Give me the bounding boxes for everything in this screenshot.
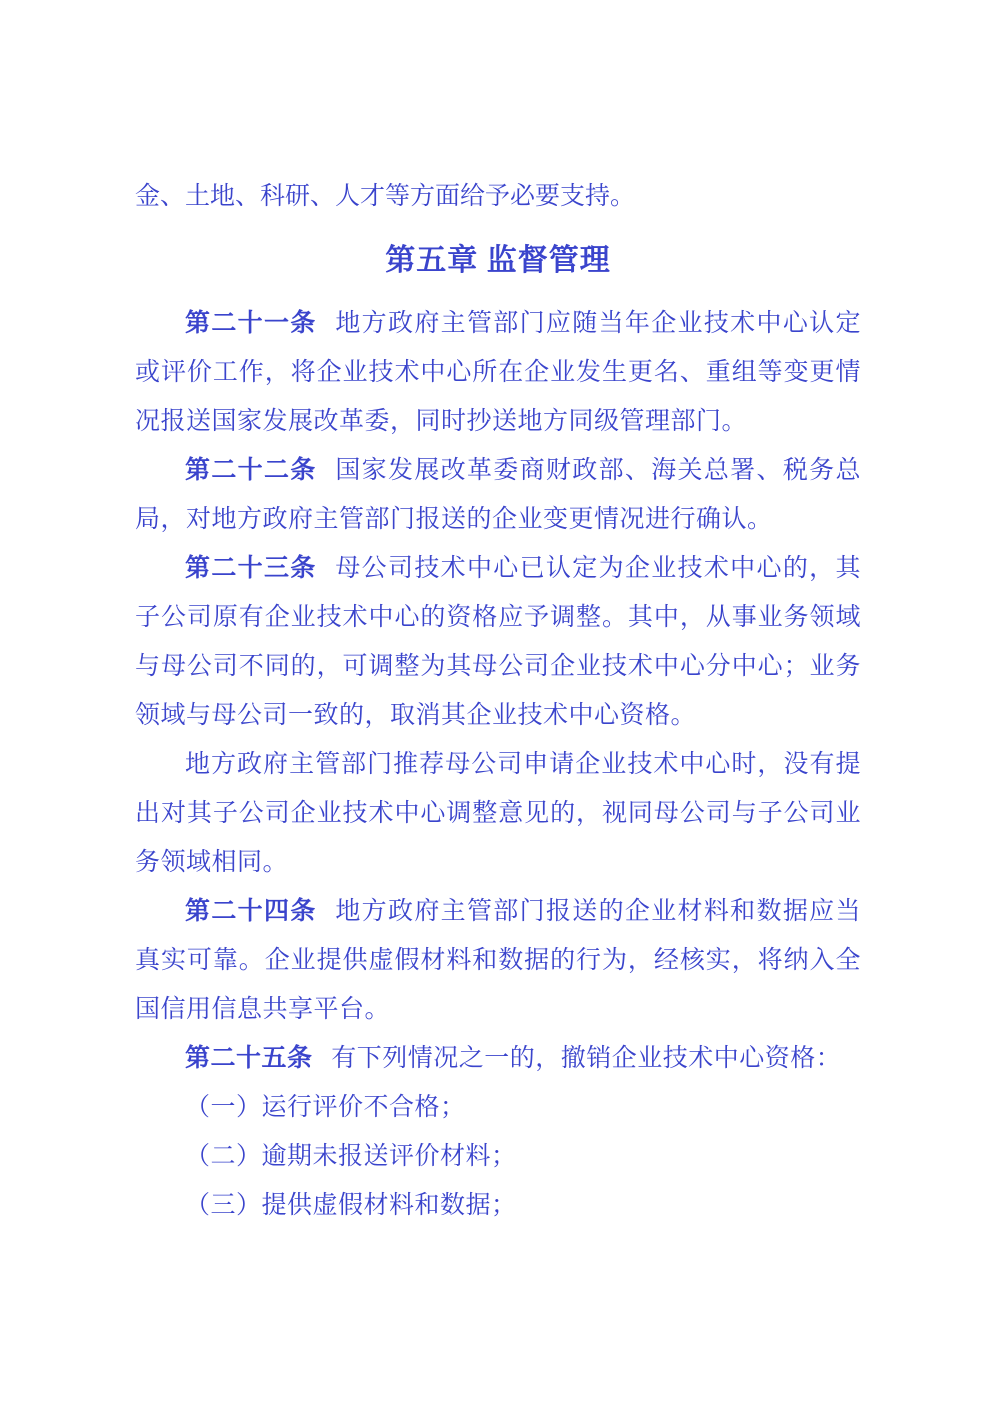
article-paragraph-21: 第二十一条地方政府主管部门应随当年企业技术中心认定或评价工作，将企业技术中心所在…	[135, 299, 861, 446]
article-22-term: 第二十二条	[185, 457, 317, 484]
list-item-1: （一）运行评价不合格；	[135, 1083, 861, 1132]
list-item-3: （三）提供虚假材料和数据；	[135, 1181, 861, 1230]
article-25-text: 有下列情况之一的，撤销企业技术中心资格：	[331, 1045, 841, 1072]
article-paragraph-23: 第二十三条母公司技术中心已认定为企业技术中心的，其子公司原有企业技术中心的资格应…	[135, 544, 861, 740]
article-24-term: 第二十四条	[185, 898, 317, 925]
article-25-term: 第二十五条	[185, 1045, 313, 1072]
article-23-continued-text: 地方政府主管部门推荐母公司申请企业技术中心时，没有提出对其子公司企业技术中心调整…	[135, 751, 861, 876]
article-paragraph-25: 第二十五条有下列情况之一的，撤销企业技术中心资格：	[135, 1034, 861, 1083]
article-21-term: 第二十一条	[185, 310, 317, 337]
list-item-2: （二）逾期未报送评价材料；	[135, 1132, 861, 1181]
chapter-heading: 第五章 监督管理	[135, 236, 861, 285]
paragraph-continuation: 金、土地、科研、人才等方面给予必要支持。	[135, 172, 861, 221]
document-page: 金、土地、科研、人才等方面给予必要支持。 第五章 监督管理 第二十一条地方政府主…	[0, 0, 992, 1403]
article-paragraph-22: 第二十二条国家发展改革委商财政部、海关总署、税务总局，对地方政府主管部门报送的企…	[135, 446, 861, 544]
article-paragraph-24: 第二十四条地方政府主管部门报送的企业材料和数据应当真实可靠。企业提供虚假材料和数…	[135, 887, 861, 1034]
article-body: 第二十一条地方政府主管部门应随当年企业技术中心认定或评价工作，将企业技术中心所在…	[135, 299, 861, 1230]
article-paragraph-23-continued: 地方政府主管部门推荐母公司申请企业技术中心时，没有提出对其子公司企业技术中心调整…	[135, 740, 861, 887]
article-23-term: 第二十三条	[185, 555, 317, 582]
